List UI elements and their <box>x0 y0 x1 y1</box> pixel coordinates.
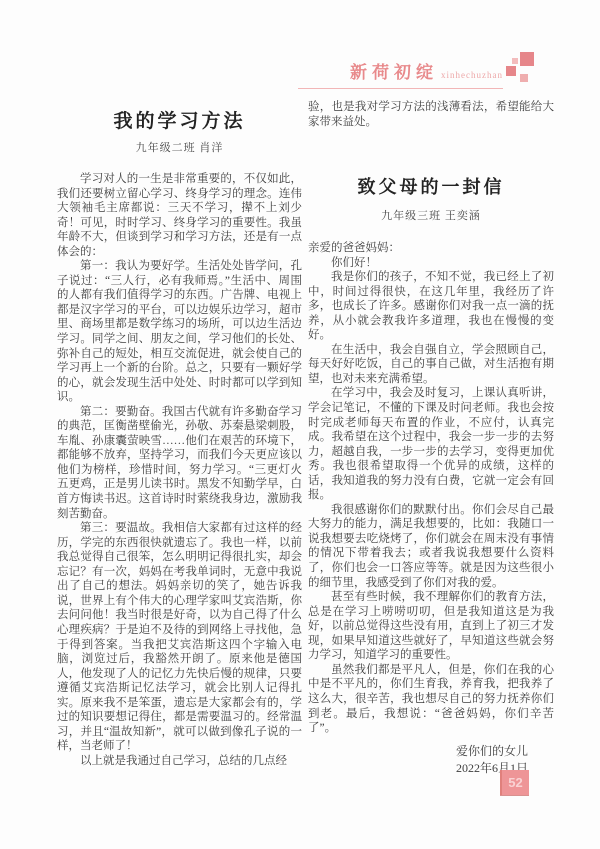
pixel-square <box>506 66 516 76</box>
header-brand: 新荷初绽xinhechuzhan <box>298 58 503 89</box>
pixel-blocks-icon <box>504 52 542 90</box>
paragraph: 第一：我认为要好学。生活处处皆学问，孔子说过：“三人行，必有我师焉。”生活中、周… <box>57 259 302 404</box>
article-1-title: 我的学习方法 <box>57 106 302 133</box>
paragraph: 第二：要勤奋。我国古代就有许多勤奋学习的典范，匡衡凿壁偷光，孙敬、苏秦悬梁刺股，… <box>57 405 302 521</box>
page-number-badge: 52 <box>500 770 529 795</box>
magazine-page: 新荷初绽xinhechuzhan 我的学习方法 九年级二班 肖洋 学习对人的一生… <box>0 0 600 849</box>
paragraph: 在学习中，我会及时复习，上课认真听讲，学会记笔记，不懂的下课及时问老师。我也会按… <box>308 386 554 502</box>
pixel-square <box>520 74 528 82</box>
paragraph: 我很感谢你们的默默付出。你们会尽自己最大努力的能力，满足我想要的，比如：我随口一… <box>308 503 554 590</box>
letter-body: 亲爱的爸爸妈妈： 你们好！ 我是你们的孩子，不知不觉，我已经上了初中，时间过得很… <box>308 241 554 778</box>
letter-date: 2022年6月1日 <box>308 760 528 778</box>
article-2-title: 致父母的一封信 <box>308 173 554 199</box>
letter-greeting: 你们好！ <box>308 256 554 271</box>
article-1-byline: 九年级二班 肖洋 <box>57 139 302 155</box>
letter-salutation: 亲爱的爸爸妈妈： <box>308 241 554 256</box>
letter-signoff: 爱你们的女儿 <box>308 743 528 761</box>
paragraph: 在生活中，我会自强自立，学会照顾自己，每天好好吃饭，自己的事自己做，对生活抱有期… <box>308 343 554 387</box>
article-1-body: 学习对人的一生是非常重要的，不仅如此，我们还要树立留心学习、终身学习的理念。连伟… <box>57 172 302 768</box>
paragraph: 学习对人的一生是非常重要的，不仅如此，我们还要树立留心学习、终身学习的理念。连伟… <box>57 172 302 259</box>
paragraph: 甚至有些时候，我不理解你们的教育方法，总是在学习上唠唠叨叨，但是我知道这是为我好… <box>308 590 554 663</box>
pixel-square <box>520 52 534 66</box>
paragraph: 第三：要温故。我相信大家都有过这样的经历，学完的东西很快就遗忘了。我也一样，以前… <box>57 521 302 754</box>
brand-pinyin: xinhechuzhan <box>441 70 503 80</box>
brand-title: 新荷初绽 <box>350 63 438 82</box>
article-1-continuation: 验，也是我对学习方法的浅薄看法，希望能给大家带来益处。 <box>308 100 554 129</box>
paragraph: 以上就是我通过自己学习，总结的几点经 <box>57 754 302 769</box>
pixel-square <box>512 58 518 64</box>
continuation-paragraph: 验，也是我对学习方法的浅薄看法，希望能给大家带来益处。 <box>308 100 554 129</box>
letter-paragraphs: 我是你们的孩子，不知不觉，我已经上了初中，时间过得很快，在这几年里，我经历了许多… <box>308 270 554 736</box>
article-2-byline: 九年级三班 王奕涵 <box>308 207 554 223</box>
paragraph: 虽然我们都是平凡人，但是，你们在我的心中是不平凡的，你们生育我，养育我，把我养了… <box>308 663 554 736</box>
paragraph: 我是你们的孩子，不知不觉，我已经上了初中，时间过得很快，在这几年里，我经历了许多… <box>308 270 554 343</box>
